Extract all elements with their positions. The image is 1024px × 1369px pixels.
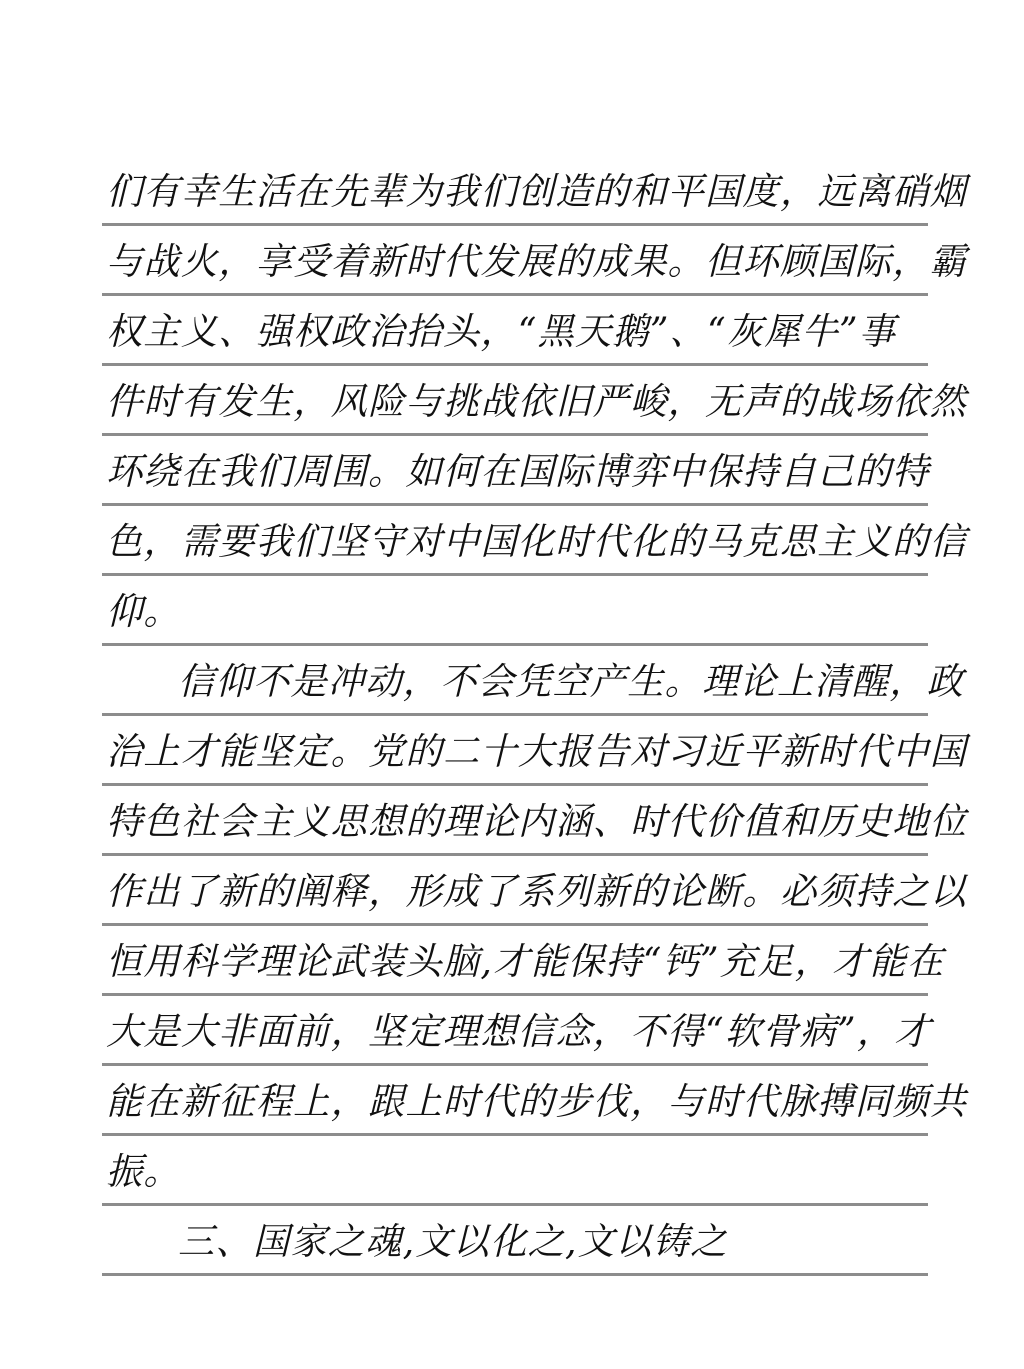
paragraph-line: 振。 [106,1150,912,1194]
paragraph-line: 大是大非面前，坚定理想信念，不得“软骨病”，才 [106,1010,912,1054]
paragraph-line: 环绕在我们周围。如何在国际博弈中保持自己的特 [106,450,912,494]
paragraph-line: 件时有发生，风险与挑战依旧严峻，无声的战场依然 [106,380,912,424]
ruled-line-4: 件时有发生，风险与挑战依旧严峻，无声的战场依然 [102,366,928,436]
ruled-line-8: 信仰不是冲动，不会凭空产生。理论上清醒，政 [102,646,928,716]
ruled-line-14: 能在新征程上，跟上时代的步伐，与时代脉搏同频共 [102,1066,928,1136]
ruled-line-11: 作出了新的阐释，形成了系列新的论断。必须持之以 [102,856,928,926]
paragraph-line: 们有幸生活在先辈为我们创造的和平国度，远离硝烟 [106,170,912,214]
paragraph-line: 色，需要我们坚守对中国化时代化的马克思主义的信 [106,520,912,564]
paragraph-line: 能在新征程上，跟上时代的步伐，与时代脉搏同频共 [106,1080,912,1124]
handwritten-document-page: 们有幸生活在先辈为我们创造的和平国度，远离硝烟 与战火，享受着新时代发展的成果。… [0,0,1024,1369]
ruled-line-5: 环绕在我们周围。如何在国际博弈中保持自己的特 [102,436,928,506]
section-heading: 三、国家之魂,文以化之,文以铸之 [178,1220,913,1264]
ruled-line-13: 大是大非面前，坚定理想信念，不得“软骨病”，才 [102,996,928,1066]
paragraph-line: 恒用科学理论武装头脑,才能保持“钙”充足，才能在 [106,940,912,984]
paragraph-line: 作出了新的阐释，形成了系列新的论断。必须持之以 [106,870,912,914]
ruled-line-divider [102,1273,928,1276]
ruled-line-9: 治上才能坚定。党的二十大报告对习近平新时代中国 [102,716,928,786]
ruled-line-1: 们有幸生活在先辈为我们创造的和平国度，远离硝烟 [102,156,928,226]
section-heading-line: 三、国家之魂,文以化之,文以铸之 [102,1206,928,1276]
ruled-line-15: 振。 [102,1136,928,1206]
paragraph-line: 仰。 [106,590,912,634]
ruled-line-12: 恒用科学理论武装头脑,才能保持“钙”充足，才能在 [102,926,928,996]
paragraph-line-indented: 信仰不是冲动，不会凭空产生。理论上清醒，政 [178,660,913,704]
paragraph-line: 特色社会主义思想的理论内涵、时代价值和历史地位 [106,800,912,844]
paragraph-line: 与战火，享受着新时代发展的成果。但环顾国际，霸 [106,240,912,284]
ruled-line-2: 与战火，享受着新时代发展的成果。但环顾国际，霸 [102,226,928,296]
ruled-line-7: 仰。 [102,576,928,646]
ruled-line-6: 色，需要我们坚守对中国化时代化的马克思主义的信 [102,506,928,576]
ruled-line-3: 权主义、强权政治抬头，“黑天鹅”、“灰犀牛”事 [102,296,928,366]
paragraph-line: 治上才能坚定。党的二十大报告对习近平新时代中国 [106,730,912,774]
paragraph-line: 权主义、强权政治抬头，“黑天鹅”、“灰犀牛”事 [106,310,912,354]
ruled-line-10: 特色社会主义思想的理论内涵、时代价值和历史地位 [102,786,928,856]
